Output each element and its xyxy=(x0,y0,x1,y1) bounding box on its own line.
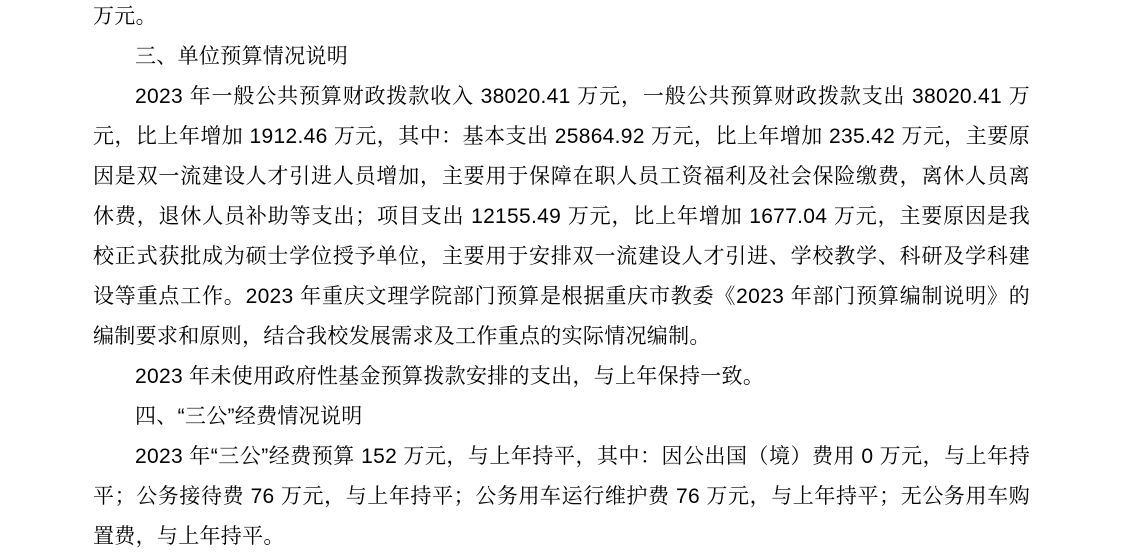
section-heading-three-public-funds: 四、“三公”经费情况说明 xyxy=(93,397,1030,437)
paragraph-budget-overview: 2023 年一般公共预算财政拨款收入 38020.41 万元，一般公共预算财政拨… xyxy=(93,77,1030,357)
paragraph-continuation: 万元。 xyxy=(93,0,1030,37)
document-page: 万元。 三、单位预算情况说明 2023 年一般公共预算财政拨款收入 38020.… xyxy=(93,0,1030,553)
paragraph-three-public-funds-detail: 2023 年“三公”经费预算 152 万元，与上年持平，其中：因公出国（境）费用… xyxy=(93,437,1030,553)
section-heading-unit-budget: 三、单位预算情况说明 xyxy=(93,37,1030,77)
paragraph-government-fund: 2023 年未使用政府性基金预算拨款安排的支出，与上年保持一致。 xyxy=(93,357,1030,397)
